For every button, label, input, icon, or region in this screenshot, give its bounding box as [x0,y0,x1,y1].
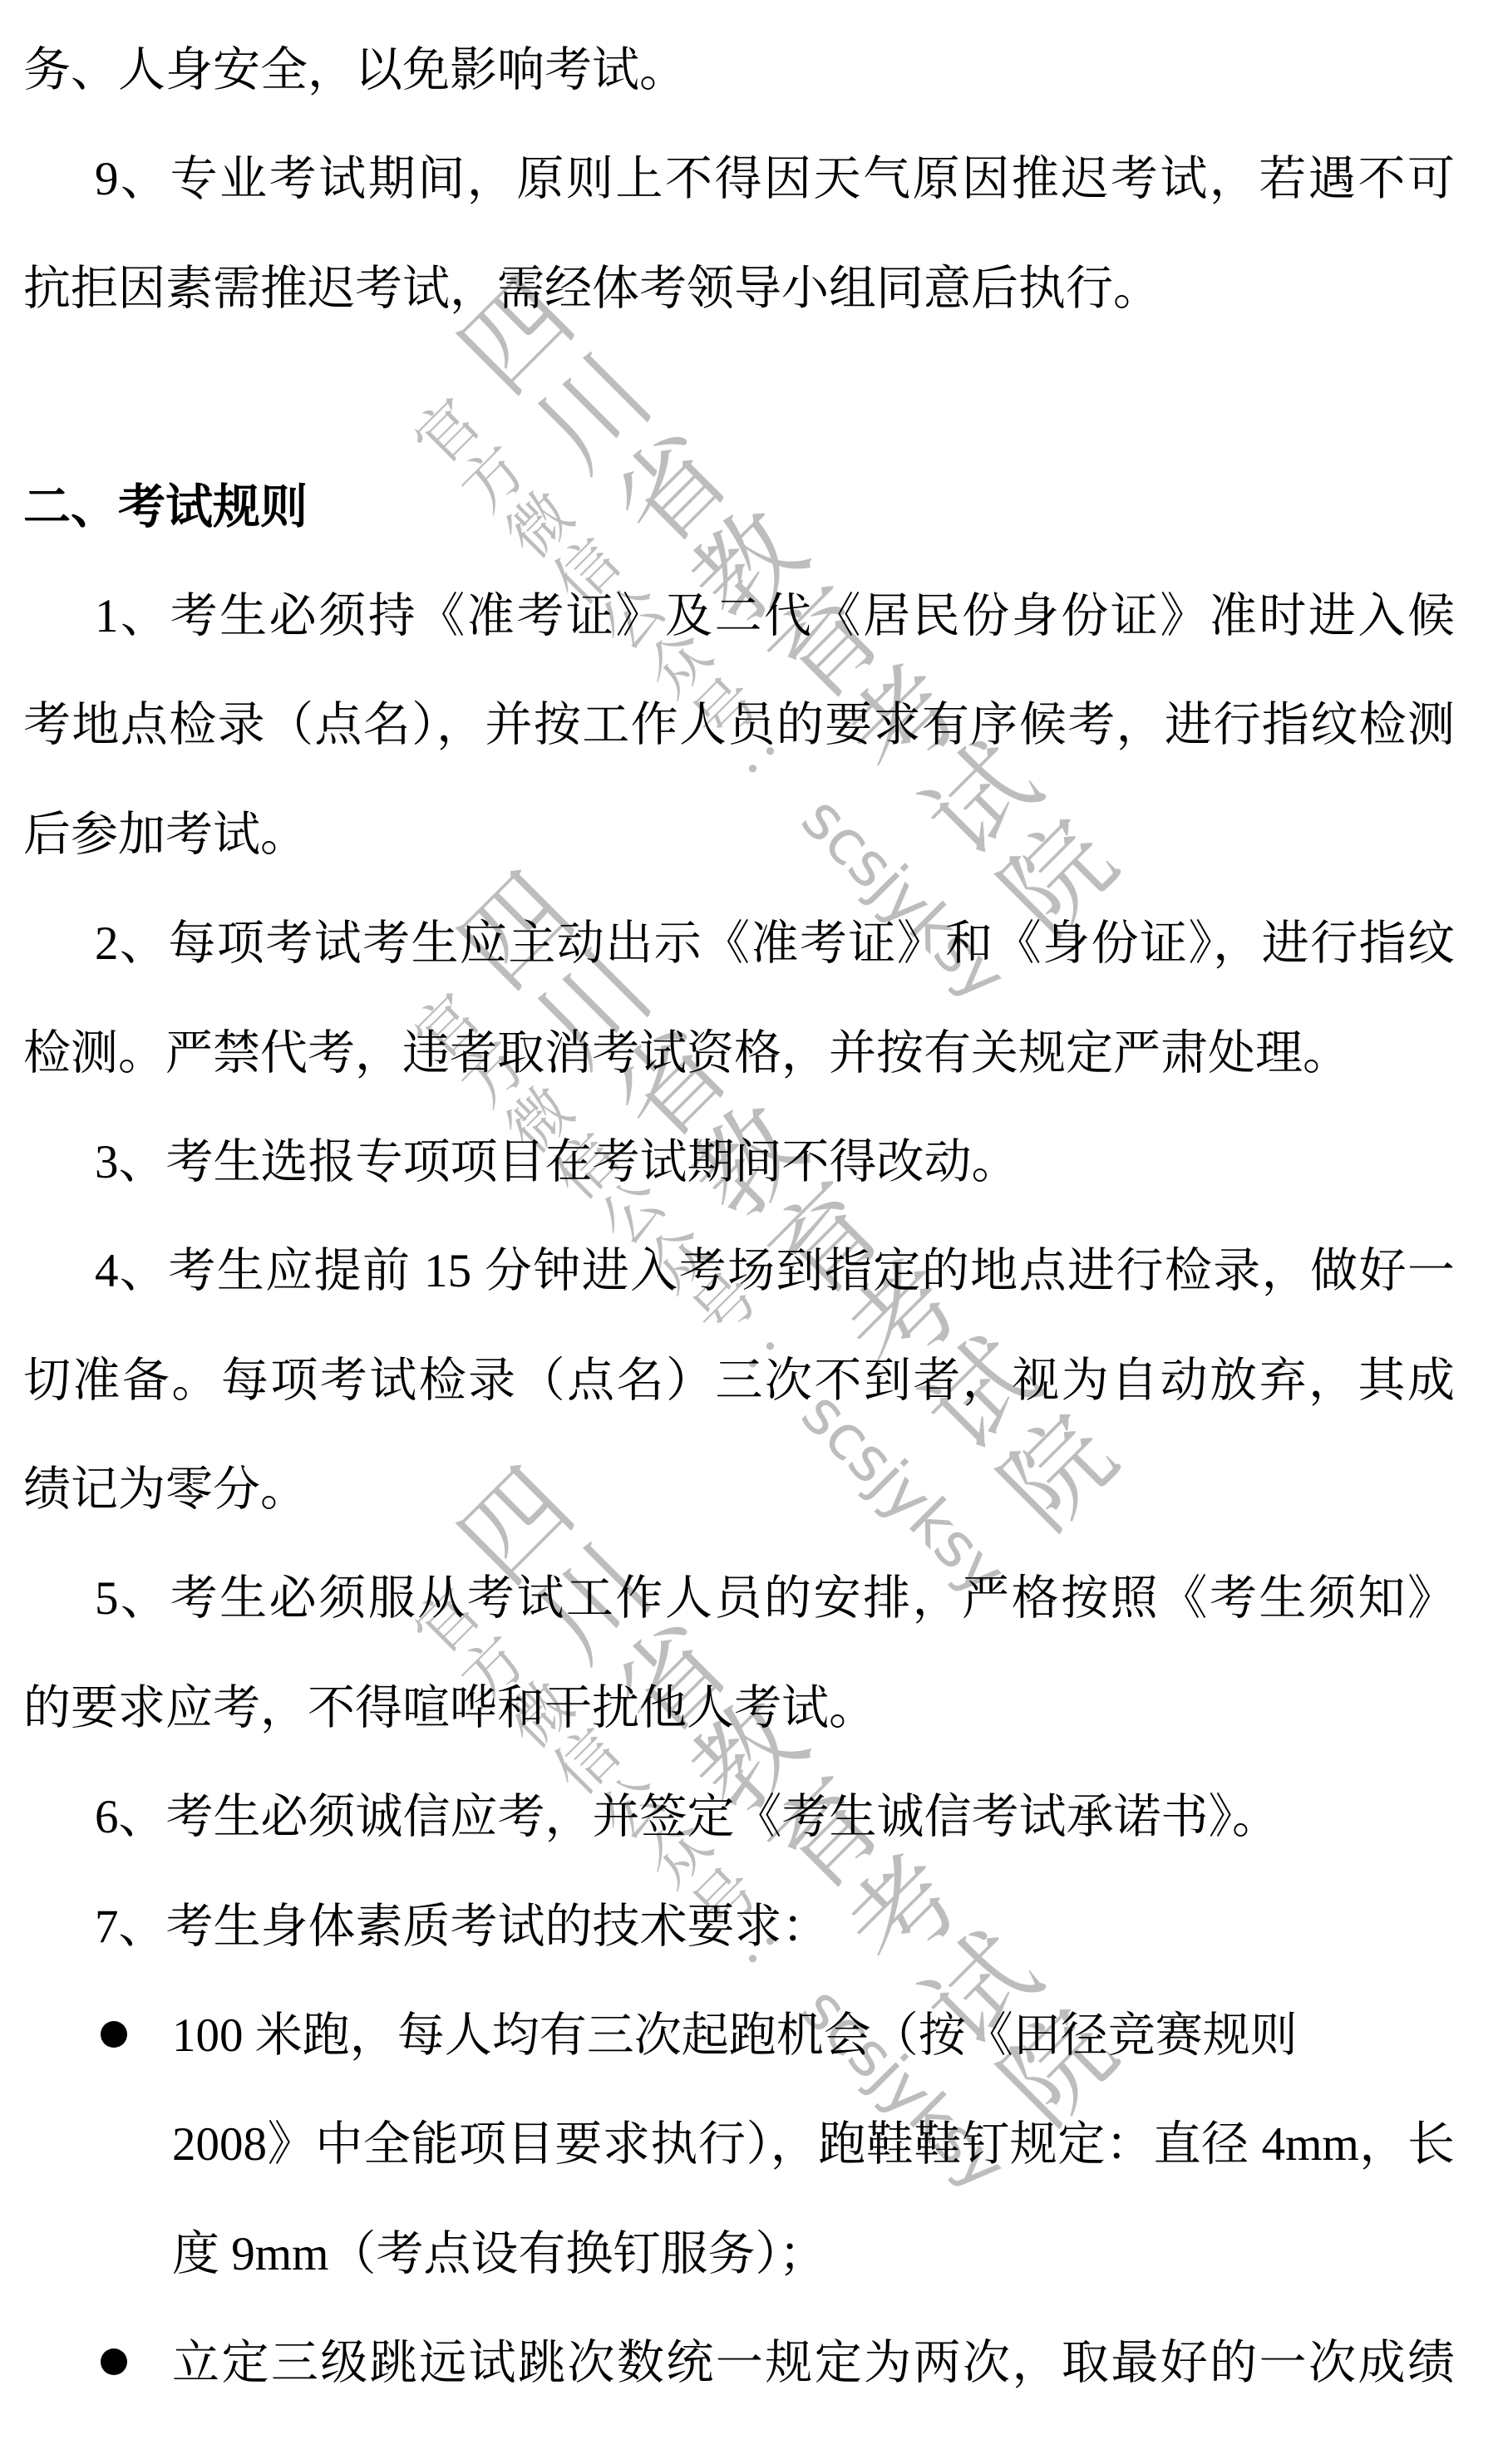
bullet-icon [101,2021,127,2048]
blank-line [23,343,1455,452]
text-line: 度 9mm（考点设有换钉服务）； [23,2200,1455,2309]
text-line: 5、考生必须服从考试工作人员的安排，严格按照《考生须知》 [23,1544,1455,1653]
bullet-item-100m: 100 米跑，每人均有三次起跑机会（按《田径竞赛规则 2008》中全能项目要求执… [23,1981,1455,2309]
bullet-line: 立定三级跳远试跳次数统一规定为两次，取最好的一次成绩 [23,2309,1455,2417]
text-line: 的要求应考，不得喧哗和干扰他人考试。 [23,1654,1455,1763]
section-exam-rules: 二、考试规则 1、考生必须持《准考证》及二代《居民份身份证》准时进入候 考地点检… [23,453,1455,2418]
text-line: 1、考生必须持《准考证》及二代《居民份身份证》准时进入候 [23,562,1455,671]
text-line: 9、专业考试期间，原则上不得因天气原因推迟考试，若遇不可 [23,125,1455,234]
rule-item-1: 1、考生必须持《准考证》及二代《居民份身份证》准时进入候 考地点检录（点名），并… [23,562,1455,889]
rule-item-5: 5、考生必须服从考试工作人员的安排，严格按照《考生须知》 的要求应考，不得喧哗和… [23,1544,1455,1763]
text-line: 2008》中全能项目要求执行），跑鞋鞋钉规定：直径 4mm，长 [23,2090,1455,2199]
text-line: 检测。严禁代考，违者取消考试资格，并按有关规定严肃处理。 [23,999,1455,1108]
bullet-text: 100 米跑，每人均有三次起跑机会（按《田径竞赛规则 [172,2009,1298,2062]
bullet-line: 100 米跑，每人均有三次起跑机会（按《田径竞赛规则 [23,1981,1455,2090]
rule-item-2: 2、每项考试考生应主动出示《准考证》和《身份证》，进行指纹 检测。严禁代考，违者… [23,889,1455,1108]
bullet-item-triple-jump: 立定三级跳远试跳次数统一规定为两次，取最好的一次成绩 [23,2309,1455,2417]
text-line: 务、人身安全，以免影响考试。 [23,16,1455,125]
text-line: 考地点检录（点名），并按工作人员的要求有序候考，进行指纹检测 [23,671,1455,780]
text-line: 切准备。每项考试检录（点名）三次不到者，视为自动放弃，其成 [23,1326,1455,1435]
text-line: 4、考生应提前 15 分钟进入考场到指定的地点进行检录，做好一 [23,1217,1455,1325]
document-page: 四川省教育考试院官方微信公众号：scsjyksy四川省教育考试院官方微信公众号：… [0,0,1498,2464]
rule-item-3: 3、考生选报专项项目在考试期间不得改动。 [23,1108,1455,1217]
bullet-text: 立定三级跳远试跳次数统一规定为两次，取最好的一次成绩 [172,2337,1455,2389]
text-line: 3、考生选报专项项目在考试期间不得改动。 [23,1108,1455,1217]
text-line: 抗拒因素需推迟考试，需经体考领导小组同意后执行。 [23,234,1455,343]
text-line: 绩记为零分。 [23,1435,1455,1544]
paragraph-item-8-tail: 务、人身安全，以免影响考试。 [23,16,1455,125]
text-line: 后参加考试。 [23,780,1455,889]
rule-item-7: 7、考生身体素质考试的技术要求： 100 米跑，每人均有三次起跑机会（按《田径竞… [23,1872,1455,2418]
section-heading: 二、考试规则 [23,453,1455,562]
document-body: 务、人身安全，以免影响考试。 9、专业考试期间，原则上不得因天气原因推迟考试，若… [23,16,1455,2418]
paragraph-item-9: 9、专业考试期间，原则上不得因天气原因推迟考试，若遇不可 抗拒因素需推迟考试，需… [23,125,1455,343]
rule-item-4: 4、考生应提前 15 分钟进入考场到指定的地点进行检录，做好一 切准备。每项考试… [23,1217,1455,1544]
text-line: 6、考生必须诚信应考，并签定《考生诚信考试承诺书》。 [23,1763,1455,1871]
bullet-icon [101,2348,127,2375]
rule-item-6: 6、考生必须诚信应考，并签定《考生诚信考试承诺书》。 [23,1763,1455,1871]
text-line: 2、每项考试考生应主动出示《准考证》和《身份证》，进行指纹 [23,889,1455,998]
section-1-tail: 务、人身安全，以免影响考试。 9、专业考试期间，原则上不得因天气原因推迟考试，若… [23,16,1455,343]
text-line: 7、考生身体素质考试的技术要求： [23,1872,1455,1981]
